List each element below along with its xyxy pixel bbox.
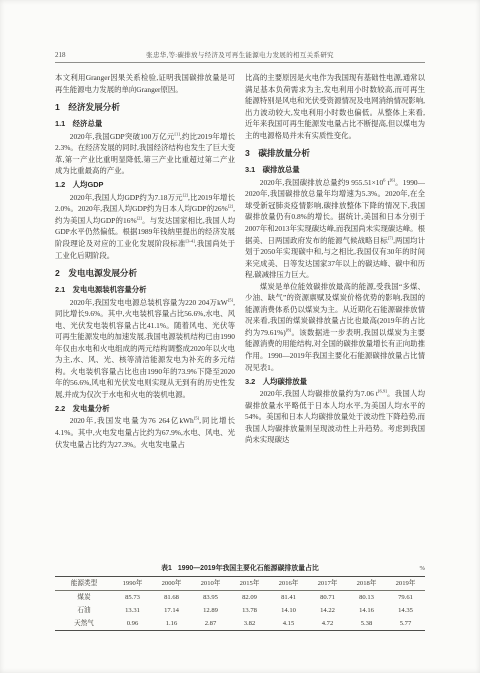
column-header: 2016年 xyxy=(269,577,308,591)
table-cell: 14.22 xyxy=(308,604,347,617)
table-cell: 81.41 xyxy=(269,591,308,605)
table-row: 石油 13.31 17.14 12.89 13.78 14.10 14.22 1… xyxy=(55,604,425,617)
table-cell: 83.95 xyxy=(191,591,230,605)
table-cell: 81.68 xyxy=(152,591,191,605)
table-row: 煤炭 85.73 81.68 83.95 82.09 81.41 80.71 8… xyxy=(55,591,425,605)
section-heading-economy: 1 经济发展分析 xyxy=(55,102,235,113)
table-cell: 13.78 xyxy=(230,604,269,617)
table-cell: 14.16 xyxy=(347,604,386,617)
paragraph-intro: 本文利用Granger因果关系检验,证明我国碳排放量是可再生能源电力发展的单向G… xyxy=(55,72,235,95)
paragraph-carbon-capita: 2020年,我国人均碳排放量约为7.06 t[6,9]。我国人均碳排放量水平略低… xyxy=(245,388,425,446)
table-1-section: 表11990—2019年我国主要化石能源碳排放量占比 % 能源类型 1990年 … xyxy=(55,562,425,631)
table-title: 1990—2019年我国主要化石能源碳排放量占比 xyxy=(178,565,319,572)
paragraph-gdp-capita: 2020年,我国人均GDP约为7.18万元[2],比2019年增长2.0%。20… xyxy=(55,192,235,261)
table-cell: 0.96 xyxy=(113,617,152,631)
subsection-heading-carbon-total: 3.1 碳排放总量 xyxy=(245,164,425,175)
column-header: 2017年 xyxy=(308,577,347,591)
table-cell: 82.09 xyxy=(230,591,269,605)
paragraph-economy-total: 2020年,我国GDP突破100万亿元[1],约比2019年增长2.3%。在经济… xyxy=(55,131,235,177)
row-label: 天然气 xyxy=(55,617,113,631)
paragraph-capacity: 2020年,我国发电电源总装机容量为220 204万kW[5],同比增长9.6%… xyxy=(55,297,235,401)
running-title: 张忠华,等:碳排放与经济及可再生能源电力发展的相互关系研究 xyxy=(110,50,370,59)
table-cell: 3.82 xyxy=(230,617,269,631)
right-column: 比高的主要原因是火电作为我国现有基础性电源,通常以满足基本负荷需求为主,发电利用… xyxy=(245,72,425,551)
table-cell: 4.15 xyxy=(269,617,308,631)
table-cell: 79.61 xyxy=(386,591,425,605)
two-column-body: 本文利用Granger因果关系检验,证明我国碳排放量是可再生能源电力发展的单向G… xyxy=(55,72,425,551)
column-header: 2010年 xyxy=(191,577,230,591)
table-cell: 80.13 xyxy=(347,591,386,605)
column-header: 1990年 xyxy=(113,577,152,591)
section-heading-power: 2 发电电源发展分析 xyxy=(55,268,235,279)
table-cell: 13.31 xyxy=(113,604,152,617)
paragraph-coal: 煤炭是单位能效碳排放最高的能源,受我国“多煤、少油、缺气”的资源禀赋及煤炭价格优… xyxy=(245,281,425,373)
table-cell: 5.77 xyxy=(386,617,425,631)
fossil-energy-emission-share-table: 能源类型 1990年 2000年 2010年 2015年 2016年 2017年… xyxy=(55,576,425,631)
table-header-row: 能源类型 1990年 2000年 2010年 2015年 2016年 2017年… xyxy=(55,577,425,591)
header-rule xyxy=(55,62,425,63)
table-cell: 4.72 xyxy=(308,617,347,631)
column-header: 能源类型 xyxy=(55,577,113,591)
table-cell: 12.89 xyxy=(191,604,230,617)
paper-page: 218 张忠华,等:碳排放与经济及可再生能源电力发展的相互关系研究 本文利用Gr… xyxy=(0,0,480,673)
table-cell: 2.87 xyxy=(191,617,230,631)
table-caption: 表11990—2019年我国主要化石能源碳排放量占比 % xyxy=(55,562,425,572)
table-cell: 5.38 xyxy=(347,617,386,631)
column-header: 2018年 xyxy=(347,577,386,591)
table-cell: 85.73 xyxy=(113,591,152,605)
subsection-heading-gdp-capita: 1.2 人均GDP xyxy=(55,179,235,190)
column-header: 2015年 xyxy=(230,577,269,591)
left-column: 本文利用Granger因果关系检验,证明我国碳排放量是可再生能源电力发展的单向G… xyxy=(55,72,235,551)
subsection-heading-economy-total: 1.1 经济总量 xyxy=(55,118,235,129)
subsection-heading-carbon-capita: 3.2 人均碳排放量 xyxy=(245,376,425,387)
table-cell: 14.35 xyxy=(386,604,425,617)
row-label: 煤炭 xyxy=(55,591,113,605)
table-label: 表1 xyxy=(161,565,172,572)
table-cell: 1.16 xyxy=(152,617,191,631)
subsection-heading-generation: 2.2 发电量分析 xyxy=(55,403,235,414)
table-cell: 80.71 xyxy=(308,591,347,605)
row-label: 石油 xyxy=(55,604,113,617)
column-header: 2019年 xyxy=(386,577,425,591)
page-number: 218 xyxy=(55,51,110,59)
paragraph-generation-continued: 比高的主要原因是火电作为我国现有基础性电源,通常以满足基本负荷需求为主,发电利用… xyxy=(245,72,425,141)
subsection-heading-capacity: 2.1 发电电源装机容量分析 xyxy=(55,284,235,295)
section-heading-carbon: 3 碳排放量分析 xyxy=(245,148,425,159)
running-header: 218 张忠华,等:碳排放与经济及可再生能源电力发展的相互关系研究 xyxy=(55,50,425,59)
table-cell: 14.10 xyxy=(269,604,308,617)
column-header: 2000年 xyxy=(152,577,191,591)
paragraph-generation: 2020年,我国发电量为76 264亿kWh[5],同比增长4.1%。其中,火电… xyxy=(55,415,235,450)
paragraph-carbon-total: 2020年,我国碳排放总量约9 955.51×106 t[6]。1990—202… xyxy=(245,177,425,281)
table-unit: % xyxy=(420,565,426,572)
table-cell: 17.14 xyxy=(152,604,191,617)
table-row: 天然气 0.96 1.16 2.87 3.82 4.15 4.72 5.38 5… xyxy=(55,617,425,631)
